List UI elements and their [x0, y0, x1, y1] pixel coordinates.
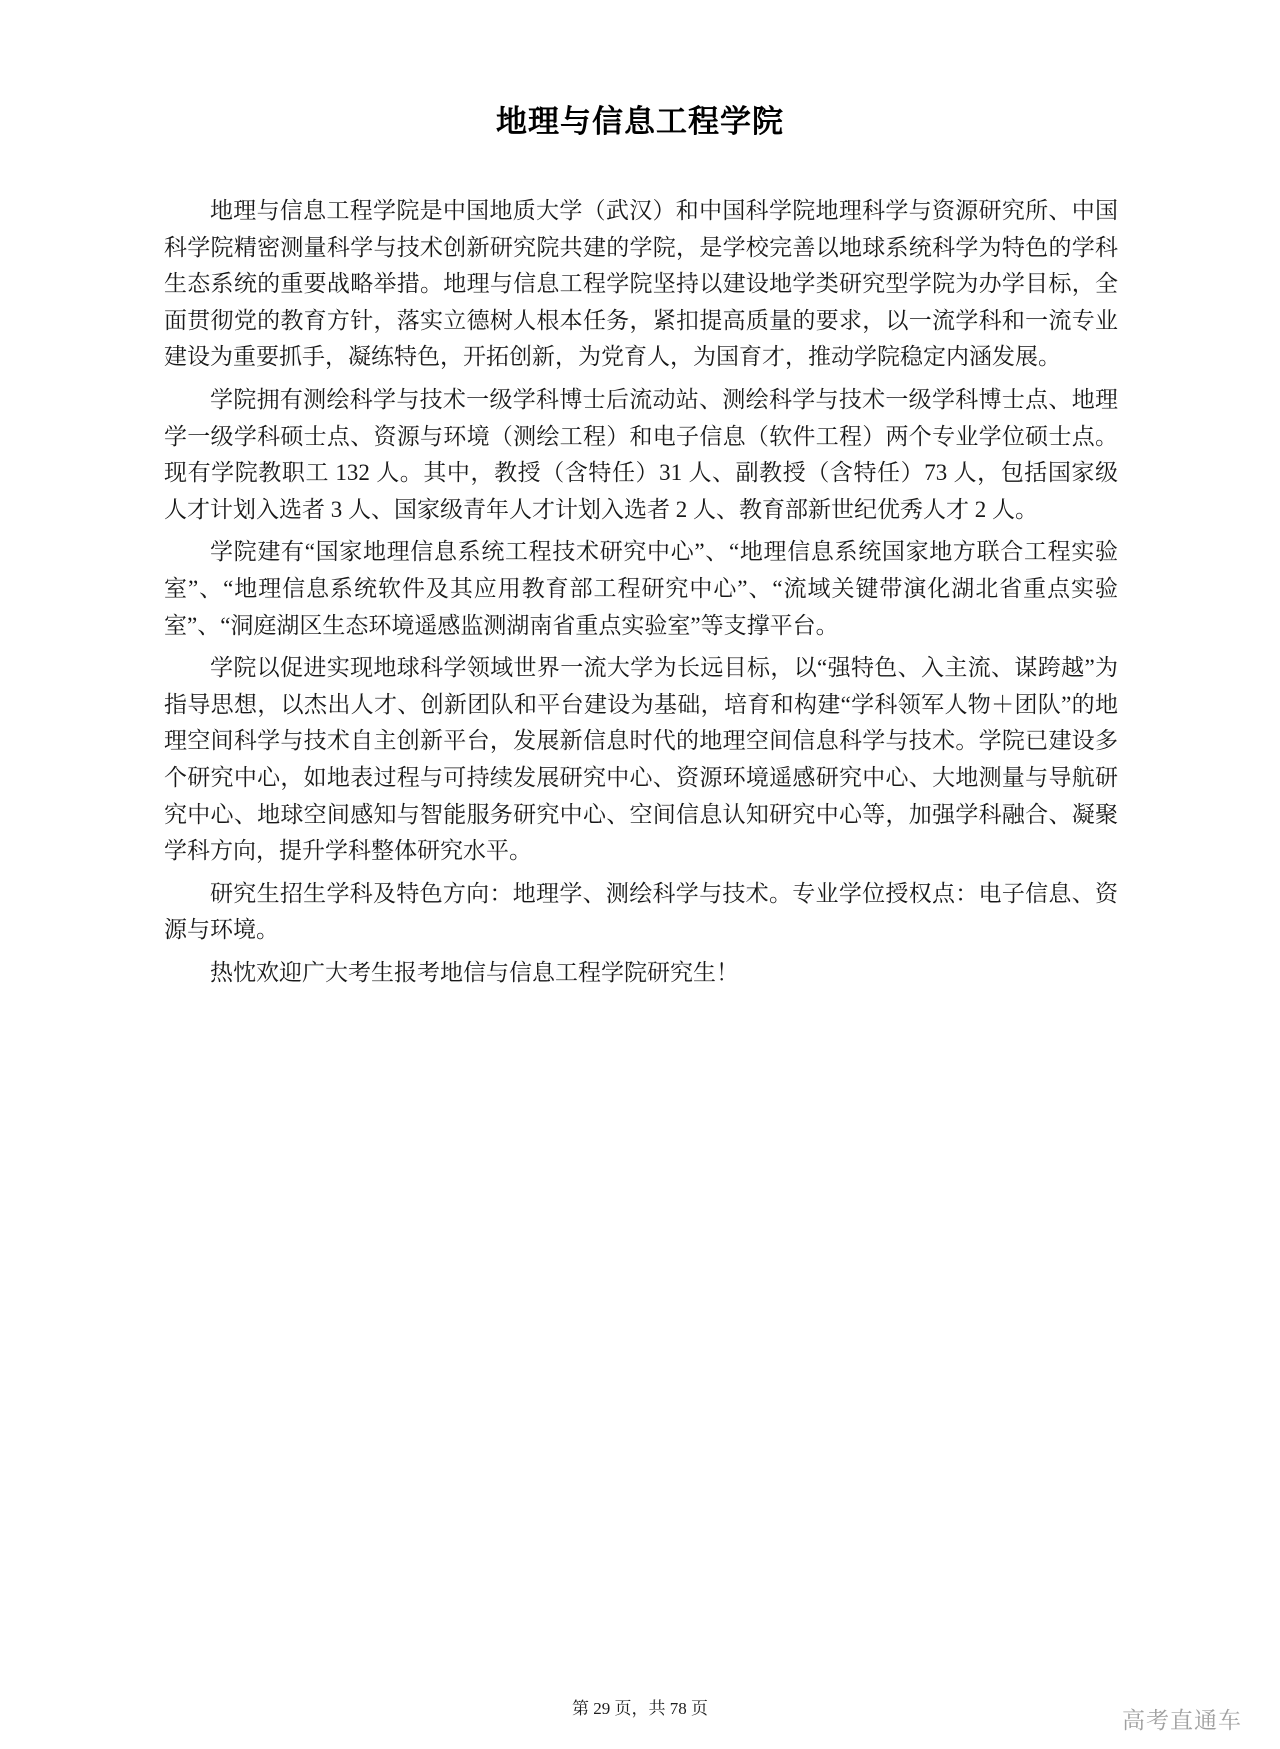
paragraph-admission-disciplines: 研究生招生学科及特色方向：地理学、测绘科学与技术。专业学位授权点：电子信息、资源…: [164, 876, 1118, 949]
paragraph-research-centers: 学院以促进实现地球科学领域世界一流大学为长远目标，以“强特色、入主流、谋跨越”为…: [164, 650, 1118, 870]
document-page: 地理与信息工程学院 地理与信息工程学院是中国地质大学（武汉）和中国科学院地理科学…: [0, 0, 1280, 1749]
document-body: 地理与信息工程学院是中国地质大学（武汉）和中国科学院地理科学与资源研究所、中国科…: [164, 193, 1118, 997]
paragraph-welcome: 热忱欢迎广大考生报考地信与信息工程学院研究生！: [164, 955, 1118, 992]
watermark-text: 高考直通车: [1122, 1702, 1242, 1735]
paragraph-intro: 地理与信息工程学院是中国地质大学（武汉）和中国科学院地理科学与资源研究所、中国科…: [164, 193, 1118, 376]
page-title: 地理与信息工程学院: [0, 0, 1280, 141]
paragraph-programs-faculty: 学院拥有测绘科学与技术一级学科博士后流动站、测绘科学与技术一级学科博士点、地理学…: [164, 382, 1118, 528]
page-number-indicator: 第 29 页，共 78 页: [572, 1699, 708, 1718]
page-footer: 第 29 页，共 78 页: [0, 1694, 1280, 1719]
paragraph-platforms: 学院建有“国家地理信息系统工程技术研究中心”、“地理信息系统国家地方联合工程实验…: [164, 534, 1118, 644]
